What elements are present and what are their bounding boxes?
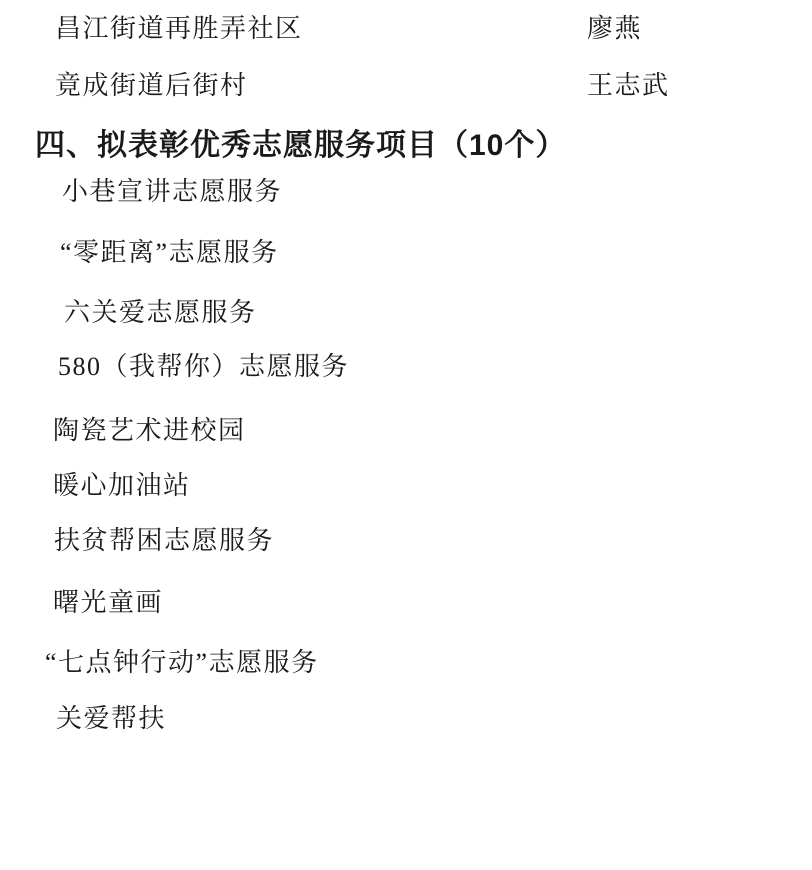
list-item: 暖心加油站 xyxy=(53,470,191,501)
list-item: 小巷宣讲志愿服务 xyxy=(62,176,282,207)
awardee-organization: 竟成街道后街村 xyxy=(55,70,248,101)
awardee-row: 昌江街道再胜弄社区 廖燕 xyxy=(0,13,812,47)
awardee-name: 廖燕 xyxy=(587,13,642,44)
awardee-name: 王志武 xyxy=(587,70,670,101)
document-page: 昌江街道再胜弄社区 廖燕 竟成街道后街村 王志武 四、拟表彰优秀志愿服务项目（1… xyxy=(0,0,812,870)
list-item: 六关爱志愿服务 xyxy=(64,297,257,328)
list-item: 曙光童画 xyxy=(53,587,163,618)
awardee-organization: 昌江街道再胜弄社区 xyxy=(55,13,303,44)
list-item: 关爱帮扶 xyxy=(56,703,166,734)
section-heading: 四、拟表彰优秀志愿服务项目（10个） xyxy=(35,129,566,162)
list-item: “七点钟行动”志愿服务 xyxy=(45,647,319,678)
list-item: 陶瓷艺术进校园 xyxy=(53,415,246,446)
list-item: 580（我帮你）志愿服务 xyxy=(58,351,349,382)
list-item: “零距离”志愿服务 xyxy=(60,237,279,268)
list-item: 扶贫帮困志愿服务 xyxy=(54,525,274,556)
awardee-row: 竟成街道后街村 王志武 xyxy=(0,70,812,104)
